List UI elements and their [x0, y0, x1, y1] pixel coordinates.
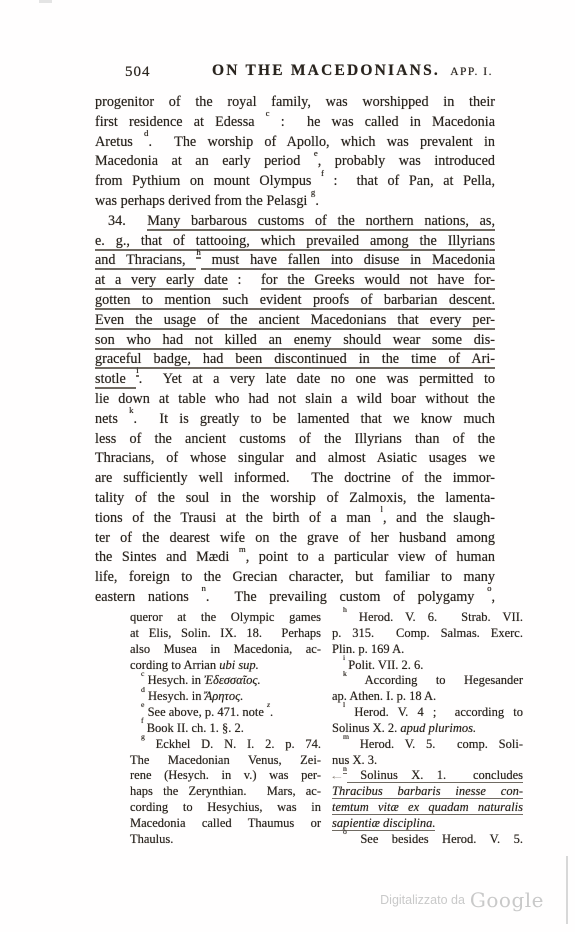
text-line: ap. Athen. I. p. 18 A. — [332, 689, 523, 705]
text-segment: Hesych. in — [145, 689, 205, 703]
text-segment: Thracians, of whose singular and almost … — [95, 450, 495, 466]
text-line: life, foreign to the Grecian character, … — [95, 568, 495, 588]
text-line: was perhaps derived from the Pelasgi g. — [95, 192, 495, 212]
text-segment: at Elis, Solin. IX. 18. Perhaps — [130, 626, 321, 640]
text-line: Macedonia called Thaumus or — [130, 816, 321, 832]
text-segment: f — [141, 716, 144, 725]
text-segment: eastern nations — [95, 589, 202, 605]
text-segment: rene (Hesych. in v.) was per- — [130, 768, 321, 782]
text-line: and Thracians, h must have fallen into d… — [95, 251, 495, 271]
text-line: ter of the dearest wife on the grave of … — [95, 529, 495, 549]
text-segment: from Pythium on mount Olympus — [95, 173, 321, 189]
text-segment: for the Greeks would not have for- — [261, 272, 495, 290]
text-segment: 34. — [108, 213, 147, 229]
text-segment: g — [141, 732, 145, 741]
text-line: e. g., that of tattooing, which prevaile… — [95, 232, 495, 252]
text-line: temtum vitæ ex quadam naturalis — [332, 800, 523, 816]
text-segment: Eckhel D. N. I. 2. p. 74. — [145, 737, 321, 751]
text-segment: n — [202, 583, 206, 593]
text-segment: c — [141, 669, 144, 678]
text-segment: tions of the Trausi at the birth of a ma… — [95, 510, 381, 526]
text-segment: : he was called in Macedonia — [270, 114, 495, 130]
text-segment: d — [144, 128, 148, 138]
text-line: from Pythium on mount Olympus f : that o… — [95, 172, 495, 192]
text-line: stotle i. Yet at a very late date no one… — [95, 370, 495, 390]
text-segment: Ἄρητος. — [205, 689, 244, 703]
text-line: haps the Zerynthian. Mars, ac- — [130, 784, 321, 800]
text-line: i Polit. VII. 2. 6. — [332, 658, 523, 674]
text-segment: less of the ancient customs of the Illyr… — [95, 431, 495, 447]
text-line: c Hesych. in Ἐδεσσαῖος. — [130, 673, 321, 689]
text-line: sapientiæ disciplina. — [332, 816, 523, 832]
text-segment: lie down at table who had not slain a wi… — [95, 391, 495, 407]
text-segment: at a very early date — [95, 272, 228, 290]
text-segment: and Thracians, — [95, 252, 196, 270]
text-line: Thracibus barbaris inesse con- — [332, 784, 523, 800]
text-segment: l — [381, 504, 383, 514]
page-header: 504 ON THE MACEDONIANS. APP. I. — [95, 62, 495, 84]
text-segment: are sufficiently well informed. The doct… — [95, 470, 495, 486]
text-segment: first residence at Edessa — [95, 114, 266, 130]
text-segment: also Musea in Macedonia, ac- — [130, 642, 321, 656]
text-segment: . Yet at a very late date no one was per… — [139, 371, 495, 387]
text-line: tality of the soul in the worship of Zal… — [95, 489, 495, 509]
text-line: ←n Solinus X. 1. concludes — [332, 768, 523, 784]
text-segment: nus X. 3. — [332, 753, 377, 767]
text-line: Even the usage of the ancient Macedonian… — [95, 311, 495, 331]
text-segment: ubi sup. — [219, 658, 259, 672]
text-line: l Herod. V. 4 ; according to — [332, 705, 523, 721]
text-segment: graceful badge, had been discontinued in… — [95, 351, 495, 369]
text-line: 34. Many barbarous customs of the northe… — [95, 212, 495, 232]
text-segment: life, foreign to the Grecian character, … — [95, 569, 495, 585]
text-segment: m — [343, 732, 349, 741]
text-segment: . The worship of Apollo, which was preva… — [148, 134, 495, 150]
text-line: cording to Arrian ubi sup. — [130, 658, 321, 674]
text-segment: , probably was introduced — [318, 153, 495, 169]
google-watermark: Digitalizzato daGoogle — [380, 888, 544, 912]
text-segment: Book II. ch. 1. §. 2. — [144, 721, 244, 735]
text-line: Macedonia at an early period e, probably… — [95, 152, 495, 172]
text-segment: son who had not killed an enemy should w… — [95, 332, 495, 350]
text-line: g Eckhel D. N. I. 2. p. 74. — [130, 737, 321, 753]
text-segment: must have fallen into disuse in Macedoni… — [201, 252, 495, 270]
text-segment: Many barbarous customs of the northern n… — [147, 213, 495, 231]
text-segment: l — [343, 700, 345, 709]
scan-artifact — [39, 0, 52, 3]
text-segment: k — [343, 669, 347, 678]
text-segment: c — [266, 108, 270, 118]
text-segment: Thracibus barbaris inesse con- — [332, 784, 523, 799]
text-segment: Macedonia called Thaumus or — [130, 816, 321, 830]
text-segment: Solinus X. 1. concludes — [347, 768, 523, 783]
text-segment: h — [196, 247, 200, 259]
text-segment: f — [321, 168, 324, 178]
text-segment: ter of the dearest wife on the grave of … — [95, 530, 495, 546]
text-line: first residence at Edessa c : he was cal… — [95, 113, 495, 133]
text-line: nets k. It is greatly to be lamented tha… — [95, 410, 495, 430]
text-segment: gotten to mention such evident proofs of… — [95, 292, 495, 310]
body-text: progenitor of the royal family, was wors… — [95, 93, 495, 608]
text-line: Aretus d. The worship of Apollo, which w… — [95, 133, 495, 153]
text-segment: . — [270, 705, 273, 719]
text-segment: e — [314, 148, 318, 158]
text-line: eastern nations n. The prevailing custom… — [95, 588, 495, 608]
text-segment: See above, p. 471. note — [144, 705, 267, 719]
text-line: queror at the Olympic games — [130, 610, 321, 626]
text-line: The Macedonian Venus, Zei- — [130, 753, 321, 769]
text-segment: , and the slaugh- — [383, 510, 495, 526]
scan-edge-line — [566, 856, 568, 924]
text-segment: ap. Athen. I. p. 18 A. — [332, 689, 436, 703]
text-segment: n — [343, 764, 347, 774]
text-segment: Herod. V. 4 ; according to — [345, 705, 523, 719]
text-segment: . The prevailing custom of polygamy — [206, 589, 487, 605]
text-segment: The Macedonian Venus, Zei- — [130, 753, 321, 767]
text-line: lie down at table who had not slain a wi… — [95, 390, 495, 410]
text-line: e See above, p. 471. note z. — [130, 705, 321, 721]
text-segment: apud plurimos. — [400, 721, 476, 735]
page-number: 504 — [125, 64, 151, 81]
text-line: h Herod. V. 6. Strab. VII. — [332, 610, 523, 626]
text-line: d Hesych. in Ἄρητος. — [130, 689, 321, 705]
text-line: progenitor of the royal family, was wors… — [95, 93, 495, 113]
footnotes-right-column: h Herod. V. 6. Strab. VII.p. 315. Comp. … — [332, 610, 523, 848]
text-segment: o — [487, 583, 491, 593]
text-line: also Musea in Macedonia, ac- — [130, 642, 321, 658]
text-line: tions of the Trausi at the birth of a ma… — [95, 509, 495, 529]
text-segment: Hesych. in — [144, 673, 204, 687]
text-segment: haps the Zerynthian. Mars, ac- — [130, 784, 321, 798]
text-segment: According to Hegesander — [347, 673, 523, 687]
text-segment: the Sintes and Mædi — [95, 549, 239, 565]
google-logo-text: Google — [470, 888, 544, 912]
page-title: ON THE MACEDONIANS. — [212, 62, 440, 80]
text-segment: queror at the Olympic games — [130, 610, 321, 624]
text-segment: : — [228, 272, 261, 288]
appendix-label: APP. I. — [450, 66, 493, 78]
text-segment: d — [141, 685, 145, 694]
pencil-arrow-mark: ← — [313, 769, 345, 785]
text-line: are sufficiently well informed. The doct… — [95, 469, 495, 489]
text-segment: p. 315. Comp. Salmas. Exerc. — [332, 626, 523, 640]
text-segment: , point to a particular view of human — [246, 549, 495, 565]
text-line: Plin. p. 169 A. — [332, 642, 523, 658]
text-segment: : that of Pan, at Pella, — [324, 173, 495, 189]
text-segment: progenitor of the royal family, was wors… — [95, 94, 495, 110]
text-segment: Macedonia at an early period — [95, 153, 314, 169]
text-segment: sapientiæ disciplina. — [332, 816, 435, 831]
text-segment: Thaulus. — [130, 832, 173, 846]
text-segment: tality of the soul in the worship of Zal… — [95, 490, 495, 506]
text-segment: e — [141, 700, 144, 709]
text-segment: i — [343, 653, 345, 662]
text-line: gotten to mention such evident proofs of… — [95, 291, 495, 311]
text-segment: Aretus — [95, 134, 144, 150]
text-segment: g — [311, 187, 315, 197]
footnotes-left-column: queror at the Olympic gamesat Elis, Soli… — [130, 610, 321, 848]
text-segment: k — [129, 405, 133, 415]
text-line: cording to Hesychius, was in — [130, 800, 321, 816]
text-segment: stotle — [95, 371, 136, 389]
text-line: at Elis, Solin. IX. 18. Perhaps — [130, 626, 321, 642]
scanned-book-page: 504 ON THE MACEDONIANS. APP. I. progenit… — [0, 0, 575, 932]
text-line: son who had not killed an enemy should w… — [95, 331, 495, 351]
text-segment: temtum vitæ ex quadam naturalis — [332, 800, 523, 815]
text-line: Thaulus. — [130, 832, 321, 848]
text-segment: , — [491, 589, 495, 605]
text-segment: nets — [95, 411, 129, 427]
text-segment: h — [343, 605, 347, 614]
text-segment: was perhaps derived from the Pelasgi — [95, 193, 311, 209]
text-line: Thracians, of whose singular and almost … — [95, 449, 495, 469]
watermark-text: Digitalizzato da — [380, 893, 465, 907]
text-segment: e. g., that of tattooing, which prevaile… — [95, 233, 495, 251]
text-segment: i — [136, 365, 138, 377]
text-line: the Sintes and Mædi m, point to a partic… — [95, 548, 495, 568]
text-line: k According to Hegesander — [332, 673, 523, 689]
text-segment: o — [343, 827, 347, 836]
text-line: rene (Hesych. in v.) was per- — [130, 768, 321, 784]
text-line: graceful badge, had been discontinued in… — [95, 350, 495, 370]
text-line: nus X. 3. — [332, 753, 523, 769]
text-line: less of the ancient customs of the Illyr… — [95, 430, 495, 450]
text-line: o See besides Herod. V. 5. — [332, 832, 523, 848]
text-segment: Polit. VII. 2. 6. — [345, 658, 423, 672]
text-segment: Even the usage of the ancient Macedonian… — [95, 312, 495, 330]
text-segment: . — [315, 193, 319, 209]
text-line: f Book II. ch. 1. §. 2. — [130, 721, 321, 737]
text-segment: m — [239, 544, 246, 554]
text-line: p. 315. Comp. Salmas. Exerc. — [332, 626, 523, 642]
text-segment: z — [267, 700, 270, 709]
text-segment: Herod. V. 6. Strab. VII. — [347, 610, 523, 624]
text-segment: . It is greatly to be lamented that we k… — [133, 411, 495, 427]
text-segment: cording to Hesychius, was in — [130, 800, 321, 814]
text-segment: See besides Herod. V. 5. — [347, 832, 523, 846]
text-line: m Herod. V. 5. comp. Soli- — [332, 737, 523, 753]
text-line: at a very early date : for the Greeks wo… — [95, 271, 495, 291]
text-line: Solinus X. 2. apud plurimos. — [332, 721, 523, 737]
text-segment: Ἐδεσσαῖος. — [204, 673, 260, 687]
text-segment: Herod. V. 5. comp. Soli- — [349, 737, 523, 751]
